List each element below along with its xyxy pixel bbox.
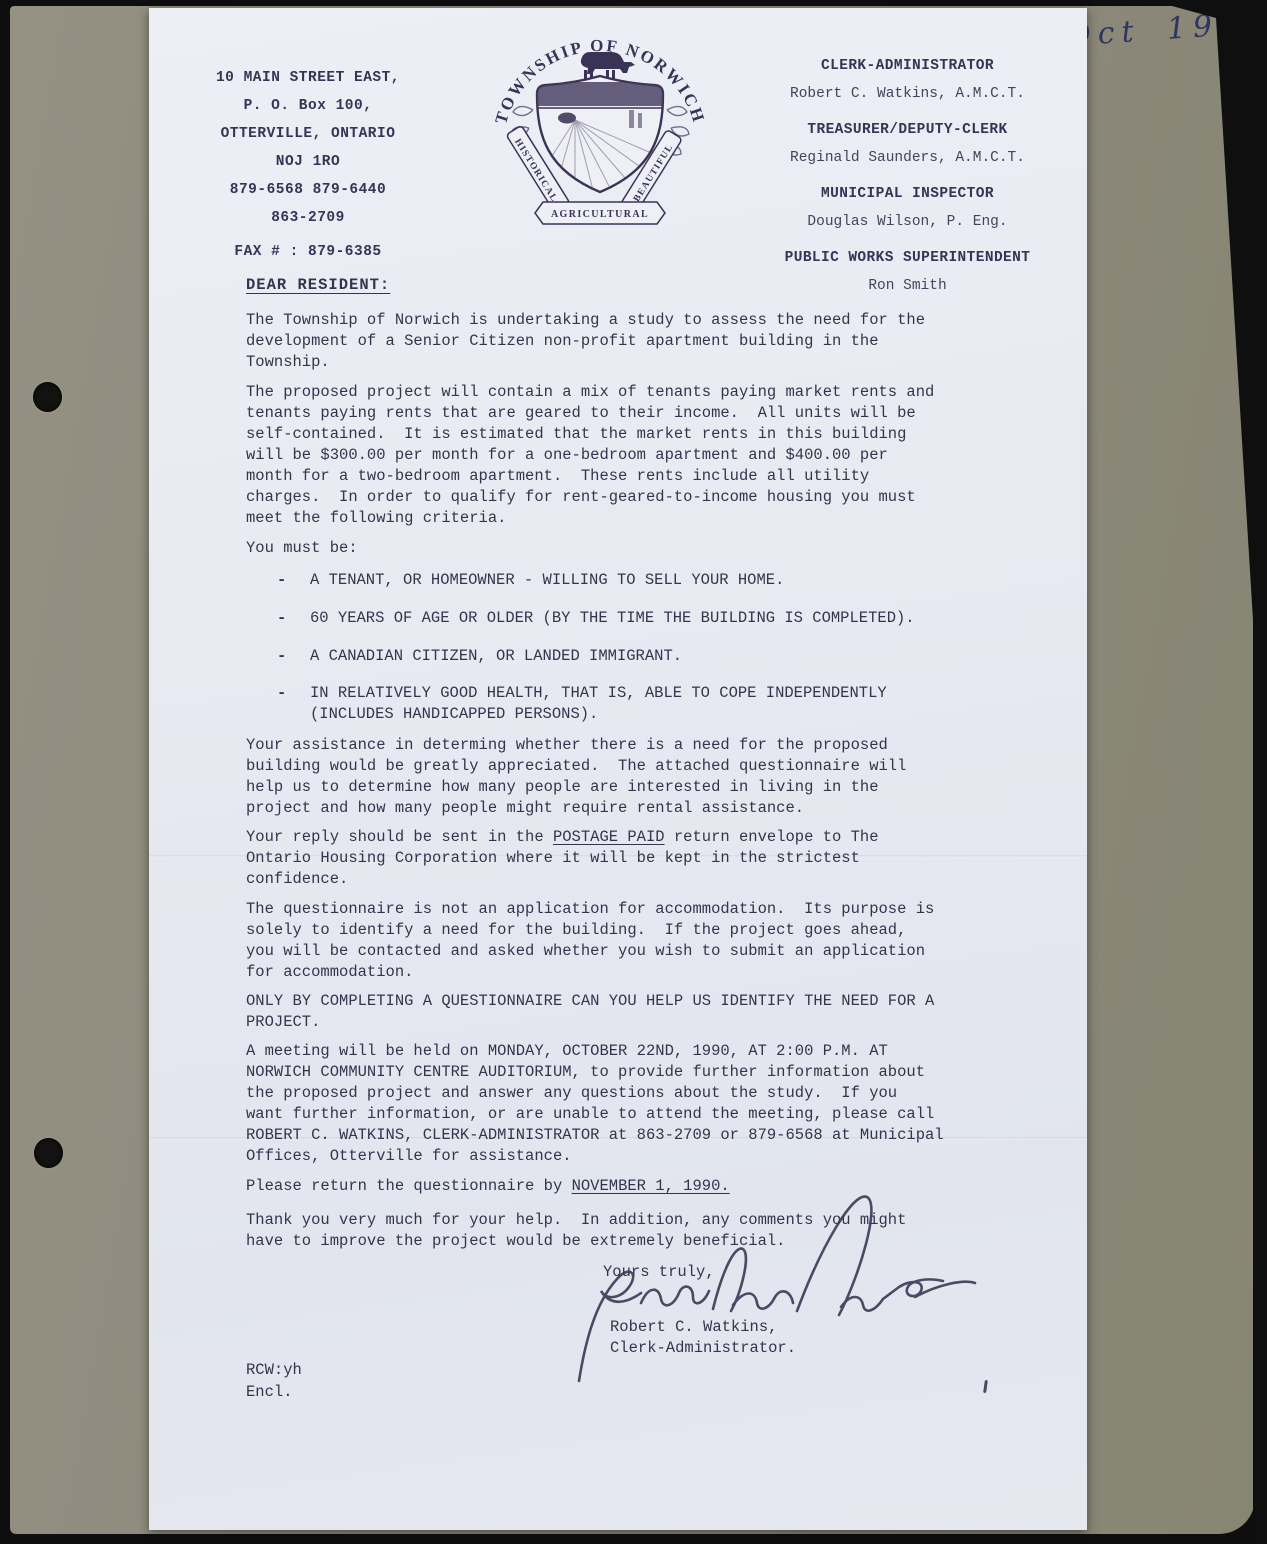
township-crest-seal: TOWNSHIP OF NORWICH [489, 24, 711, 237]
criterion-text: 60 YEARS OF AGE OR OLDER (BY THE TIME TH… [310, 608, 915, 629]
address-line: P. O. Box 100, [203, 92, 413, 120]
address-line: NOJ 1RO [203, 148, 413, 176]
bullet-dash: - [277, 570, 310, 591]
paragraph-you-must-be: You must be: [246, 538, 966, 559]
paragraph-assistance: Your assistance in determing whether the… [246, 735, 966, 819]
address-line: OTTERVILLE, ONTARIO [203, 120, 413, 148]
hole-punch [34, 1138, 63, 1168]
valediction: Yours truly, [603, 1262, 715, 1283]
criterion-item: -A CANADIAN CITIZEN, OR LANDED IMMIGRANT… [277, 646, 977, 667]
criterion-text: A CANADIAN CITIZEN, OR LANDED IMMIGRANT. [310, 646, 682, 667]
enclosure-notation: Encl. [246, 1382, 293, 1403]
official-title: MUNICIPAL INSPECTOR [735, 180, 1080, 208]
official-name: Douglas Wilson, P. Eng. [735, 208, 1080, 236]
paragraph-meeting: A meeting will be held on MONDAY, OCTOBE… [246, 1041, 966, 1167]
official-name: Reginald Saunders, A.M.C.T. [735, 144, 1080, 172]
criterion-item: -IN RELATIVELY GOOD HEALTH, THAT IS, ABL… [277, 683, 977, 725]
paragraph-return-by: Please return the questionnaire by NOVEM… [246, 1176, 966, 1197]
salutation: DEAR RESIDENT: [246, 276, 390, 294]
phone-line: 879-6568 879-6440 [203, 176, 413, 204]
paragraph-questionnaire: The questionnaire is not an application … [246, 899, 966, 983]
phone-line: 863-2709 [203, 204, 413, 232]
official-name: Ron Smith [735, 272, 1080, 300]
official-title: PUBLIC WORKS SUPERINTENDENT [735, 244, 1080, 272]
official-title: TREASURER/DEPUTY-CLERK [735, 116, 1080, 144]
reply-text: Your reply should be sent in the [246, 828, 553, 846]
bullet-dash: - [277, 683, 310, 704]
return-text: Please return the questionnaire by [246, 1177, 572, 1195]
scanned-letter-page: Oct 1990 10 MAIN STREET EAST, P. O. Box … [0, 0, 1267, 1544]
official-entry: TREASURER/DEPUTY-CLERK Reginald Saunders… [735, 116, 1080, 172]
official-entry: PUBLIC WORKS SUPERINTENDENT Ron Smith [735, 244, 1080, 300]
ribbon-bottom: AGRICULTURAL [535, 202, 665, 224]
letterhead-officials-block: CLERK-ADMINISTRATOR Robert C. Watkins, A… [735, 52, 1080, 308]
paragraph-project: The proposed project will contain a mix … [246, 382, 966, 529]
bullet-dash: - [277, 646, 310, 667]
postage-paid-underlined: POSTAGE PAID [553, 828, 665, 846]
official-title: CLERK-ADMINISTRATOR [735, 52, 1080, 80]
paragraph-only-by-completing: ONLY BY COMPLETING A QUESTIONNAIRE CAN Y… [246, 991, 966, 1033]
address-line: 10 MAIN STREET EAST, [203, 64, 413, 92]
reference-initials: RCW:yh [246, 1360, 302, 1381]
fax-line: FAX # : 879-6385 [203, 244, 413, 260]
bullet-dash: - [277, 608, 310, 629]
criterion-text: IN RELATIVELY GOOD HEALTH, THAT IS, ABLE… [310, 683, 887, 725]
ribbon-bottom-text: AGRICULTURAL [551, 209, 649, 220]
paragraph-thanks: Thank you very much for your help. In ad… [246, 1210, 966, 1252]
official-entry: CLERK-ADMINISTRATOR Robert C. Watkins, A… [735, 52, 1080, 108]
criterion-text: A TENANT, OR HOMEOWNER - WILLING TO SELL… [310, 570, 784, 591]
official-name: Robert C. Watkins, A.M.C.T. [735, 80, 1080, 108]
signer-title: Clerk-Administrator. [610, 1338, 796, 1359]
criterion-item: -A TENANT, OR HOMEOWNER - WILLING TO SEL… [277, 570, 977, 591]
paragraph-study: The Township of Norwich is undertaking a… [246, 310, 966, 373]
letter-paper: 10 MAIN STREET EAST, P. O. Box 100, OTTE… [149, 8, 1087, 1530]
crest-illustration: TOWNSHIP OF NORWICH [489, 24, 711, 232]
letterhead-address-block: 10 MAIN STREET EAST, P. O. Box 100, OTTE… [203, 64, 413, 232]
deadline-underlined: NOVEMBER 1, 1990. [572, 1177, 730, 1195]
signer-name: Robert C. Watkins, [610, 1317, 777, 1338]
criterion-item: -60 YEARS OF AGE OR OLDER (BY THE TIME T… [277, 608, 977, 629]
hole-punch [33, 382, 62, 412]
paragraph-reply: Your reply should be sent in the POSTAGE… [246, 827, 966, 890]
official-entry: MUNICIPAL INSPECTOR Douglas Wilson, P. E… [735, 180, 1080, 236]
